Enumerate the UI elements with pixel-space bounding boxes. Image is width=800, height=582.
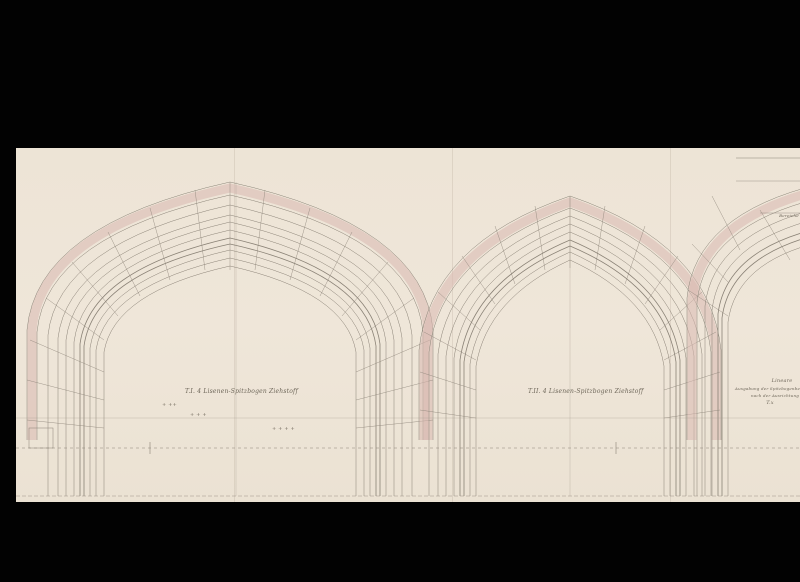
left-arch — [27, 182, 433, 496]
right-note-line: Lineare — [752, 378, 800, 385]
right-small-label: Bereiche — [774, 212, 800, 219]
middle-arch — [419, 196, 721, 496]
arch-elevation-drawing — [0, 0, 800, 582]
pencil-note: + ++ — [162, 402, 177, 409]
right-note-line: nach der Ausrichtung — [735, 392, 800, 399]
pencil-note: + + + + — [272, 426, 295, 433]
middle-arch-caption: T.II. 4 Lisenen-Spitzbogen Ziehstoff — [528, 388, 643, 395]
left-arch-caption: T.I. 4 Lisenen-Spitzbogen Ziehstoff — [185, 388, 298, 395]
scanned-drawing-viewport: T.I. 4 Lisenen-Spitzbogen Ziehstoff T.II… — [0, 0, 800, 582]
pencil-note: + + + — [190, 412, 207, 419]
right-note-label: T.x — [755, 400, 785, 407]
right-note-line: Ausgabung der Spitzbogenbeschreibung — [735, 385, 800, 392]
right-arch-partial — [687, 158, 800, 496]
